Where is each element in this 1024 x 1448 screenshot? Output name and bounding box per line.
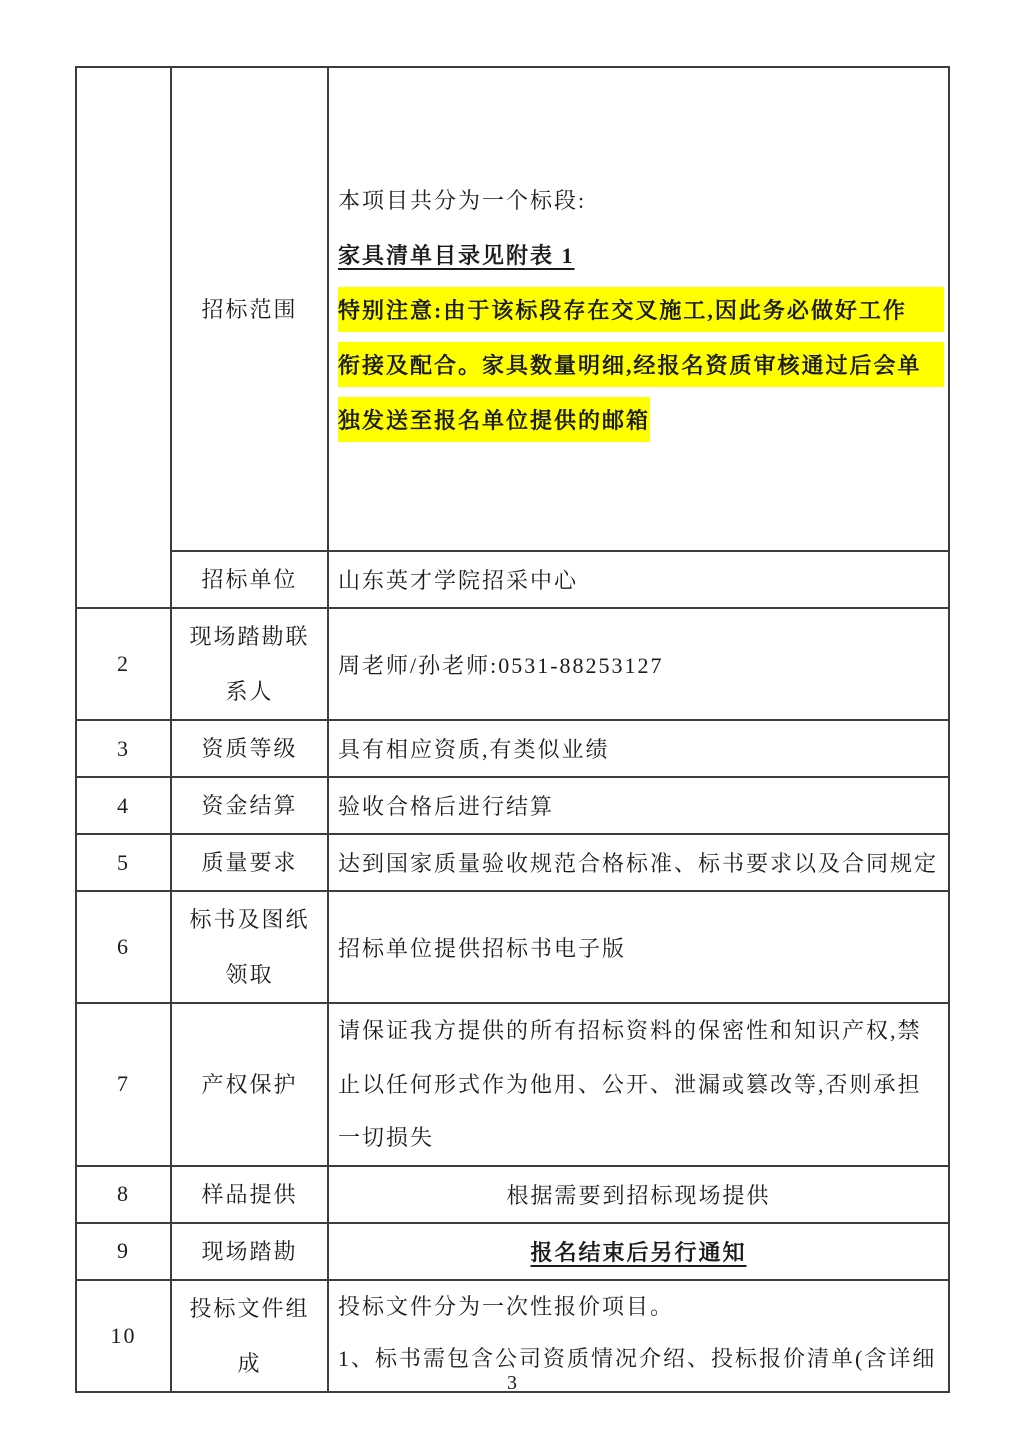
unit-value: 山东英才学院招采中心: [338, 568, 578, 593]
docs-pickup-value: 招标单位提供招标书电子版: [338, 936, 626, 961]
cell-sample-value: 根据需要到招标现场提供: [328, 1166, 949, 1223]
cell-ip-protection-label: 产权保护: [171, 1003, 328, 1166]
cell-qualification-number: 3: [76, 720, 171, 777]
cell-site-survey-number: 9: [76, 1223, 171, 1280]
cell-ip-protection-number: 7: [76, 1003, 171, 1166]
cell-settlement-number: 4: [76, 777, 171, 834]
quality-value: 达到国家质量验收规范合格标准、标书要求以及合同规定: [338, 851, 938, 876]
docs-pickup-number: 6: [117, 934, 130, 959]
qualification-value: 具有相应资质,有类似业绩: [338, 737, 610, 762]
row-survey-contact: 2 现场踏勘联系人 周老师/孙老师:0531-88253127: [76, 608, 949, 720]
scope-notice-line1: 特别注意:由于该标段存在交叉施工,因此务必做好工作: [338, 287, 944, 332]
tender-table: 招标范围 本项目共分为一个标段: 家具清单目录见附表 1 特别注意:由于该标段存…: [75, 66, 950, 1393]
bid-docs-content: 投标文件分为一次性报价项目。 1、标书需包含公司资质情况介绍、投标报价清单(含详…: [338, 1281, 944, 1385]
scope-notice-line2: 衔接及配合。家具数量明细,经报名资质审核通过后会单: [338, 342, 944, 387]
cell-quality-value: 达到国家质量验收规范合格标准、标书要求以及合同规定: [328, 834, 949, 891]
quality-label: 质量要求: [187, 835, 313, 890]
cell-qualification-value: 具有相应资质,有类似业绩: [328, 720, 949, 777]
cell-docs-pickup-value: 招标单位提供招标书电子版: [328, 891, 949, 1003]
scope-notice-line3: 独发送至报名单位提供的邮箱: [338, 397, 650, 442]
ip-protection-line1: 请保证我方提供的所有招标资料的保密性和知识产权,禁: [338, 1004, 944, 1058]
settlement-value: 验收合格后进行结算: [338, 794, 554, 819]
scope-line-intro: 本项目共分为一个标段:: [338, 184, 586, 215]
scope-notice-line3-wrap: 独发送至报名单位提供的邮箱: [338, 392, 944, 447]
bid-docs-line1: 投标文件分为一次性报价项目。: [338, 1281, 944, 1333]
cell-survey-contact-number: 2: [76, 608, 171, 720]
ip-protection-line2: 止以任何形式作为他用、公开、泄漏或篡改等,否则承担: [338, 1058, 944, 1112]
scope-content: 本项目共分为一个标段: 家具清单目录见附表 1 特别注意:由于该标段存在交叉施工…: [338, 172, 944, 447]
page-number: 3: [0, 1372, 1024, 1395]
unit-label: 招标单位: [187, 552, 313, 607]
settlement-label: 资金结算: [187, 778, 313, 833]
scope-line-catalog-wrap: 家具清单目录见附表 1: [338, 227, 944, 282]
cell-site-survey-label: 现场踏勘: [171, 1223, 328, 1280]
row-ip-protection: 7 产权保护 请保证我方提供的所有招标资料的保密性和知识产权,禁 止以任何形式作…: [76, 1003, 949, 1166]
cell-unit-label: 招标单位: [171, 551, 328, 608]
ip-protection-content: 请保证我方提供的所有招标资料的保密性和知识产权,禁 止以任何形式作为他用、公开、…: [338, 1004, 944, 1165]
row-unit: 招标单位 山东英才学院招采中心: [76, 551, 949, 608]
ip-protection-line3: 一切损失: [338, 1111, 944, 1165]
cell-scope-value: 本项目共分为一个标段: 家具清单目录见附表 1 特别注意:由于该标段存在交叉施工…: [328, 67, 949, 551]
qualification-number: 3: [117, 736, 130, 761]
survey-contact-label: 现场踏勘联系人: [187, 609, 313, 719]
cell-unit-value: 山东英才学院招采中心: [328, 551, 949, 608]
row-qualification: 3 资质等级 具有相应资质,有类似业绩: [76, 720, 949, 777]
cell-ip-protection-value: 请保证我方提供的所有招标资料的保密性和知识产权,禁 止以任何形式作为他用、公开、…: [328, 1003, 949, 1166]
cell-survey-contact-value: 周老师/孙老师:0531-88253127: [328, 608, 949, 720]
site-survey-label: 现场踏勘: [187, 1224, 313, 1279]
cell-docs-pickup-number: 6: [76, 891, 171, 1003]
scope-line-catalog: 家具清单目录见附表 1: [338, 239, 575, 270]
settlement-number: 4: [117, 793, 130, 818]
cell-quality-number: 5: [76, 834, 171, 891]
cell-quality-label: 质量要求: [171, 834, 328, 891]
cell-settlement-value: 验收合格后进行结算: [328, 777, 949, 834]
sample-label: 样品提供: [187, 1167, 313, 1222]
qualification-label: 资质等级: [187, 721, 313, 776]
row-scope: 招标范围 本项目共分为一个标段: 家具清单目录见附表 1 特别注意:由于该标段存…: [76, 67, 949, 551]
bid-docs-number: 10: [111, 1323, 137, 1348]
row-sample: 8 样品提供 根据需要到招标现场提供: [76, 1166, 949, 1223]
row-site-survey: 9 现场踏勘 报名结束后另行通知: [76, 1223, 949, 1280]
scope-notice-line2-wrap: 衔接及配合。家具数量明细,经报名资质审核通过后会单: [338, 337, 944, 392]
cell-sample-label: 样品提供: [171, 1166, 328, 1223]
cell-item1-number: [76, 67, 171, 608]
sample-number: 8: [117, 1181, 130, 1206]
cell-sample-number: 8: [76, 1166, 171, 1223]
ip-protection-number: 7: [117, 1071, 130, 1096]
document-page: 招标范围 本项目共分为一个标段: 家具清单目录见附表 1 特别注意:由于该标段存…: [0, 0, 1024, 1448]
site-survey-value: 报名结束后另行通知: [530, 1240, 746, 1265]
cell-settlement-label: 资金结算: [171, 777, 328, 834]
survey-contact-value: 周老师/孙老师:0531-88253127: [338, 653, 664, 678]
row-docs-pickup: 6 标书及图纸领取 招标单位提供招标书电子版: [76, 891, 949, 1003]
cell-survey-contact-label: 现场踏勘联系人: [171, 608, 328, 720]
scope-label: 招标范围: [187, 282, 313, 337]
scope-notice-line1-wrap: 特别注意:由于该标段存在交叉施工,因此务必做好工作: [338, 282, 944, 337]
cell-qualification-label: 资质等级: [171, 720, 328, 777]
cell-scope-label: 招标范围: [171, 67, 328, 551]
scope-line-intro-wrap: 本项目共分为一个标段:: [338, 172, 944, 227]
survey-contact-number: 2: [117, 651, 130, 676]
quality-number: 5: [117, 850, 130, 875]
site-survey-number: 9: [117, 1238, 130, 1263]
sample-value: 根据需要到招标现场提供: [506, 1183, 770, 1208]
docs-pickup-label: 标书及图纸领取: [187, 892, 313, 1002]
ip-protection-label: 产权保护: [187, 1057, 313, 1112]
cell-site-survey-value: 报名结束后另行通知: [328, 1223, 949, 1280]
row-quality: 5 质量要求 达到国家质量验收规范合格标准、标书要求以及合同规定: [76, 834, 949, 891]
cell-docs-pickup-label: 标书及图纸领取: [171, 891, 328, 1003]
row-settlement: 4 资金结算 验收合格后进行结算: [76, 777, 949, 834]
